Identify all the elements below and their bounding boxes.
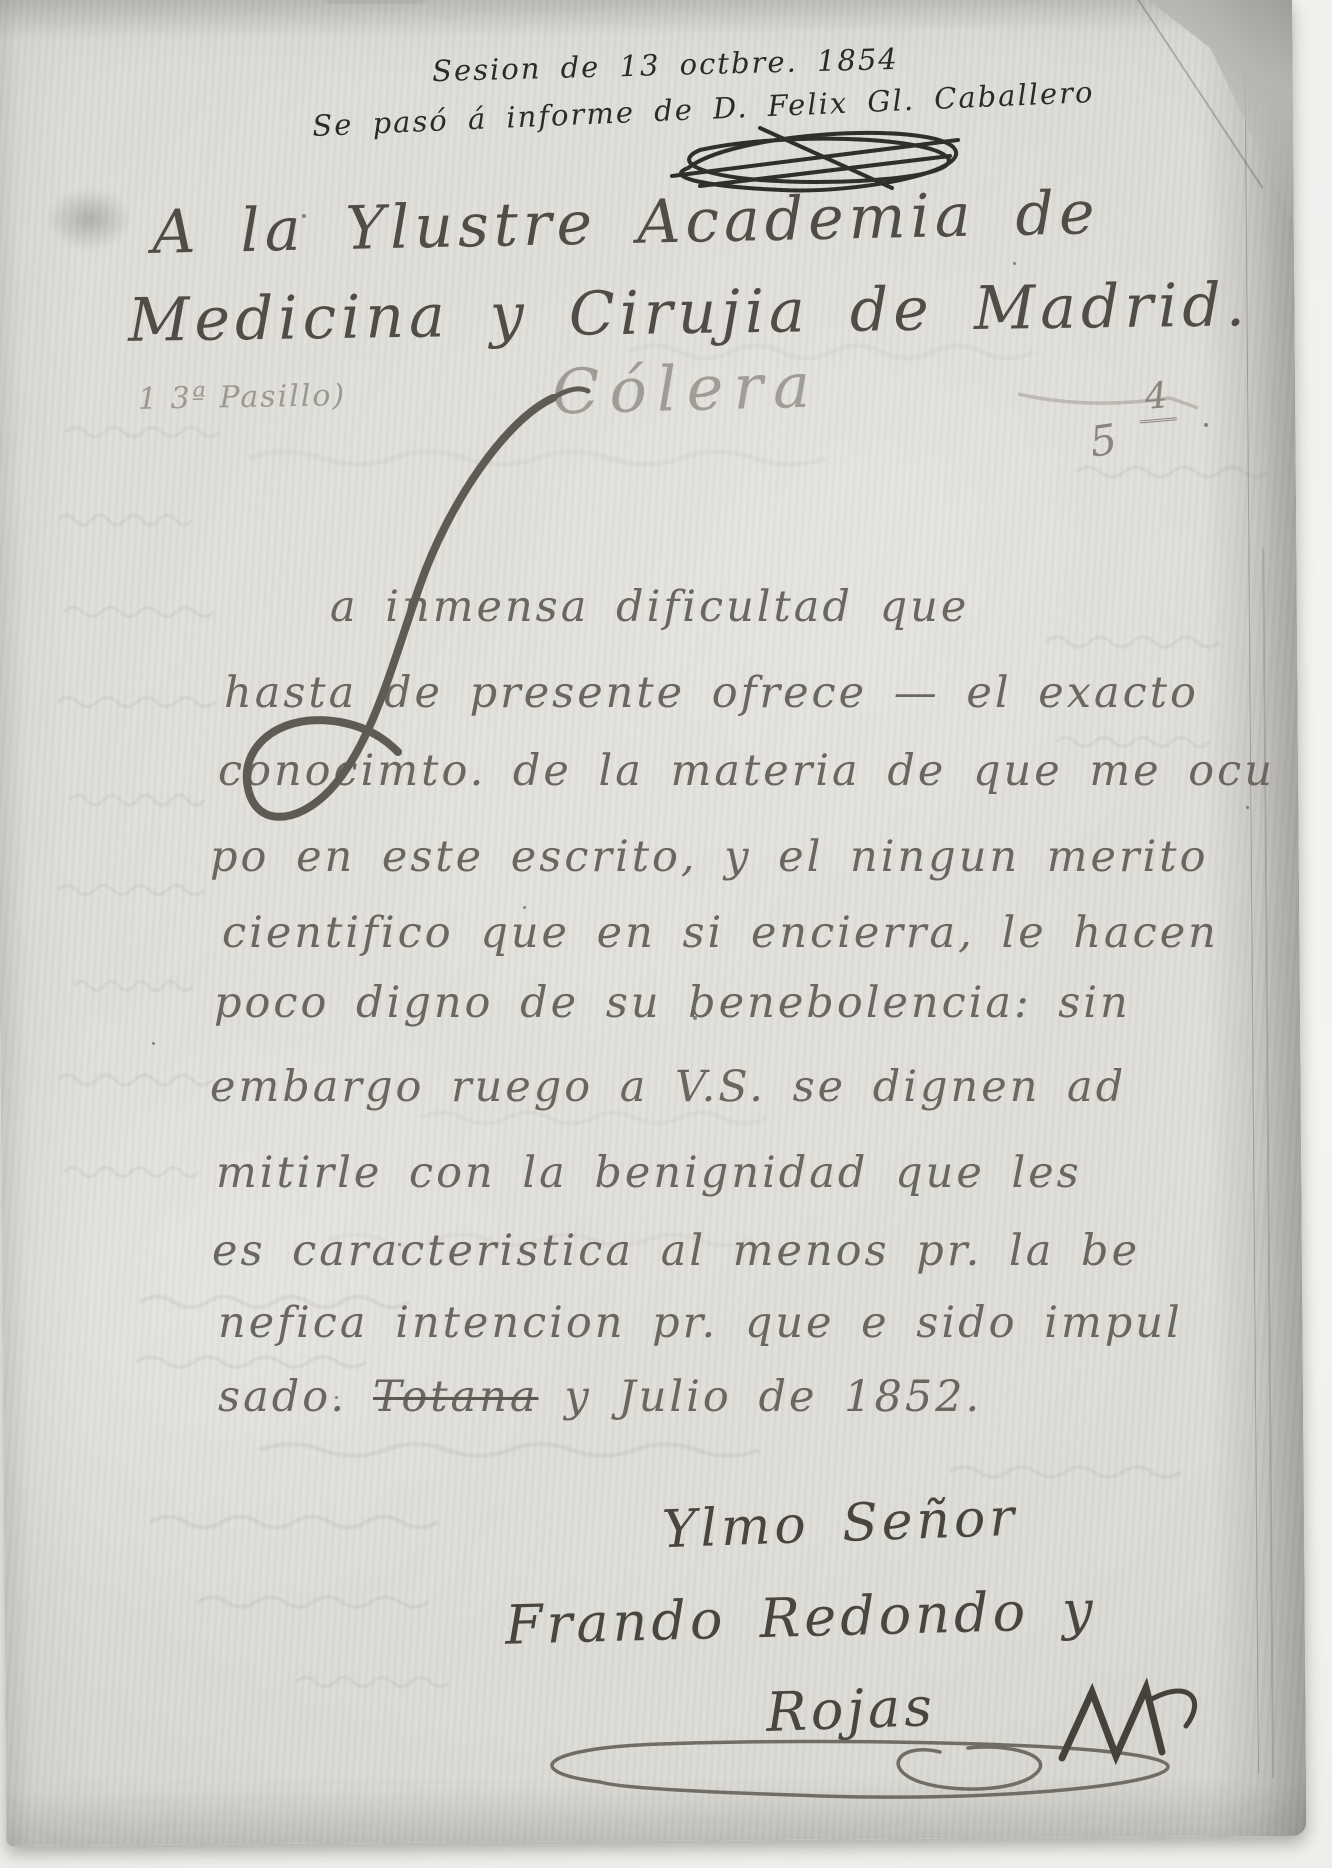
archival-note-line-1: Sesion de 13 octbre. 1854: [432, 42, 900, 88]
body-line-2: hasta de presente ofrece — el exacto: [224, 668, 1199, 718]
body-line-9: es caracteristica al menos pr. la be: [212, 1226, 1140, 1276]
date-line-pre: sado.: [218, 1372, 347, 1422]
closing-salutation: Ylmo Señor: [661, 1488, 1019, 1560]
salutation-line-2: Medicina y Cirujia de Madrid.: [128, 270, 1251, 356]
manuscript-scan: Sesion de 13 octbre. 1854 Se pasó á info…: [0, 0, 1332, 1868]
date-line-post: y Julio de 1852.: [565, 1372, 983, 1422]
body-line-10: nefica intencion pr. que e sido impul: [218, 1298, 1183, 1348]
body-line-5: cientifico que en si encierra, le hacen: [222, 908, 1219, 958]
handwriting-layer: Sesion de 13 octbre. 1854 Se pasó á info…: [0, 0, 1332, 1868]
pencil-shelf-mark: 1 3ª Pasillo): [138, 378, 347, 417]
body-line-6: poco digno de su benebolencia: sin: [214, 978, 1131, 1028]
body-line-3: conocimto. de la materia de que me ocu: [218, 746, 1275, 796]
folio-number-bottom: 5: [1087, 414, 1120, 466]
date-line: sado. Totana y Julio de 1852.: [218, 1372, 982, 1422]
body-line-7: embargo ruego a V.S. se dignen ad: [210, 1062, 1126, 1112]
signature-line-1: Frando Redondo y: [504, 1578, 1097, 1656]
salutation-line-1: A la Ylustre Academia de: [151, 178, 1100, 268]
body-line-1: a inmensa dificultad que: [330, 582, 969, 632]
struck-place-name: Totana: [373, 1372, 538, 1422]
body-line-8: mitirle con la benignidad que les: [216, 1148, 1082, 1198]
signature-line-2: Rojas: [765, 1675, 937, 1744]
pencil-subject-cholera: Cólera: [551, 349, 821, 429]
archival-note-line-2: Se pasó á informe de D. Felix Gl. Caball…: [312, 75, 1095, 143]
folio-number-top: 4: [1136, 374, 1177, 423]
body-line-4: po en este escrito, y el ningun merito: [210, 832, 1208, 882]
